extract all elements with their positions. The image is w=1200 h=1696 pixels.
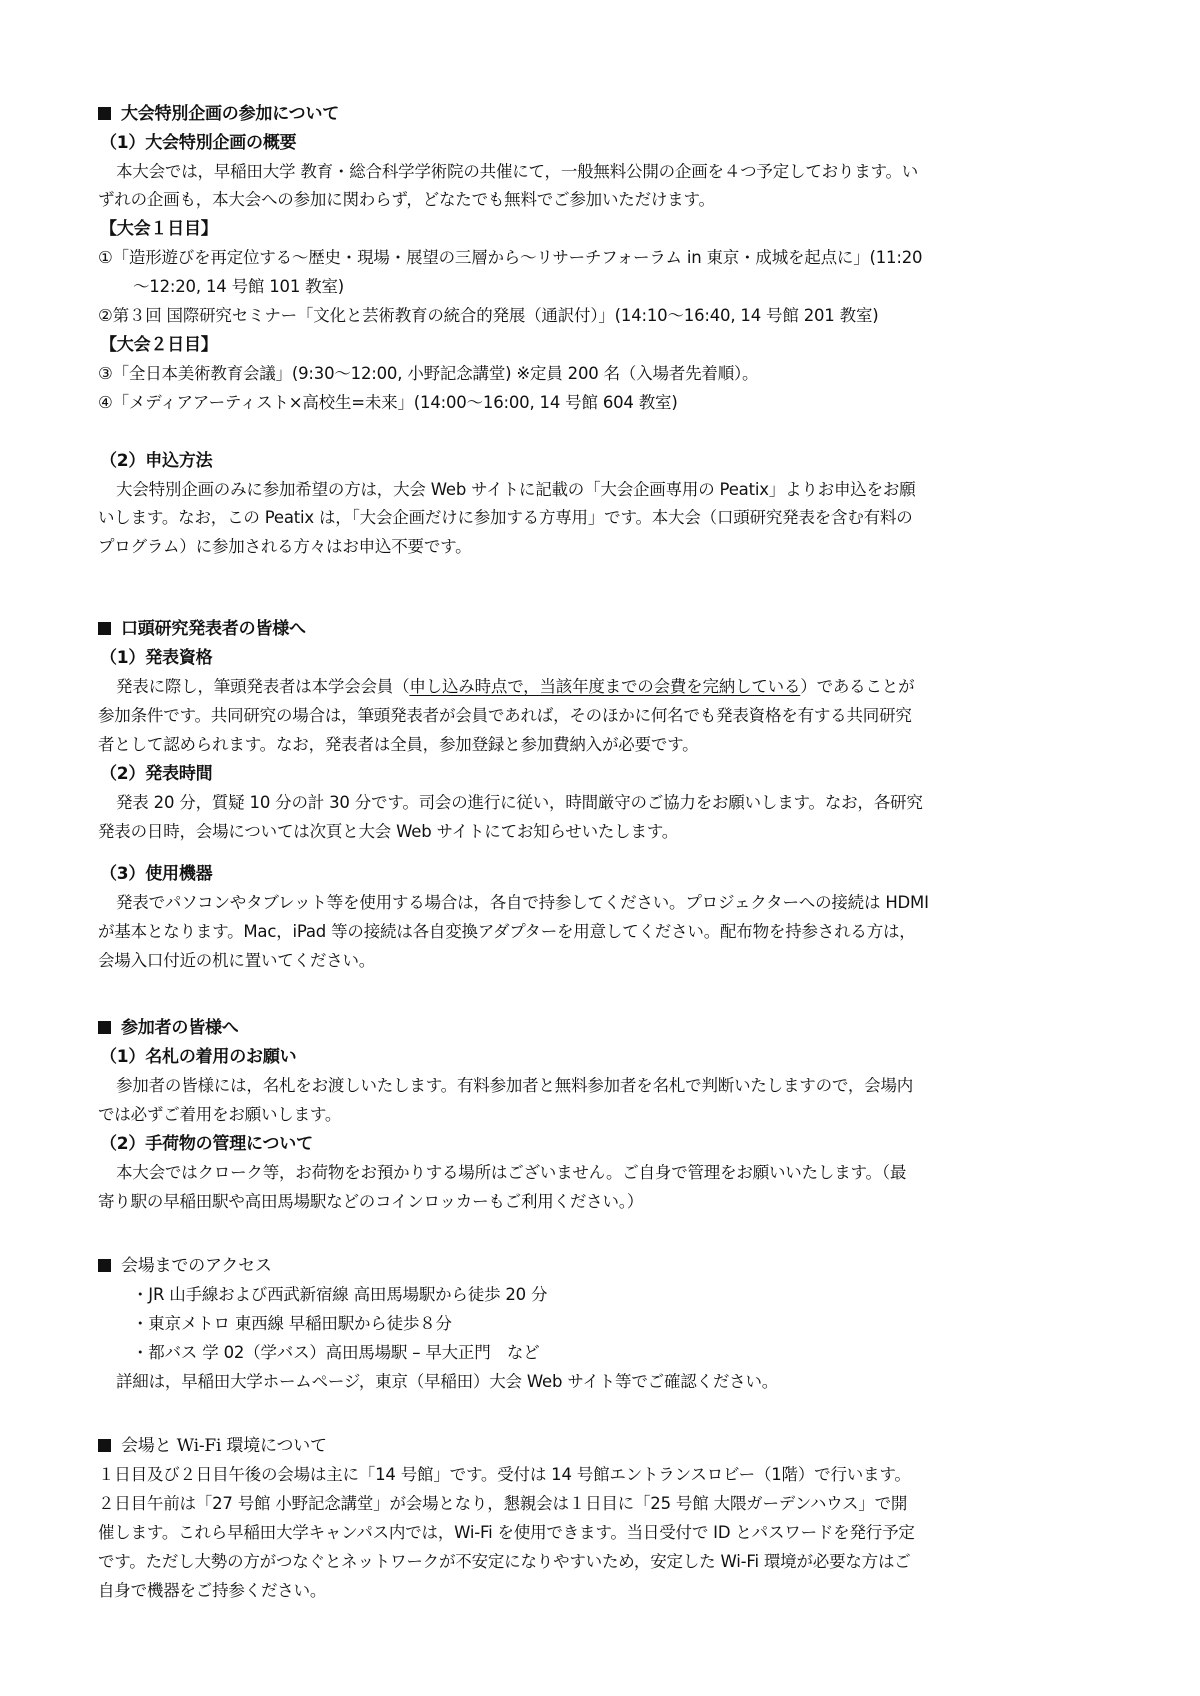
section-heading-access: 会場までのアクセス [98,1254,272,1278]
paragraph-line: 発表に際し，筆頭発表者は本学会会員（申し込み時点で，当該年度までの会費を完納して… [116,675,914,699]
subsection-title: （1）大会特別企画の概要 [100,131,296,155]
subsection-title: （2）申込方法 [100,449,212,473]
event-item: ④「メディアアーティスト×高校生=未来」(14:00～16:00, 14 号館 … [98,391,678,415]
paragraph-line: 本大会では，早稲田大学 教育・総合科学学術院の共催にて，一般無料公開の企画を４つ… [116,160,918,184]
document-page: 大会特別企画の参加について （1）大会特別企画の概要 本大会では，早稲田大学 教… [0,0,1200,1696]
square-bullet-icon [98,1259,111,1272]
square-bullet-icon [98,1021,111,1034]
paragraph-line: が基本となります。Mac，iPad 等の接続は各自変換アダプターを用意してくださ… [98,920,916,944]
event-item: ③「全日本美術教育会議」(9:30～12:00, 小野記念講堂) ※定員 200… [98,362,758,386]
heading-text: 会場と Wi-Fi 環境について [121,1436,327,1456]
text-fragment: 発表に際し，筆頭発表者は本学会会員（ [116,677,409,696]
subsection-title: （2）手荷物の管理について [100,1132,313,1156]
paragraph-line: 発表でパソコンやタブレット等を使用する場合は，各自で持参してください。プロジェク… [116,891,929,915]
event-item: ①「造形遊びを再定位する～歴史・現場・展望の三層から～リサーチフォーラム in … [98,246,922,270]
paragraph-line: 参加条件です。共同研究の場合は，筆頭発表者が会員であれば，そのほかに何名でも発表… [98,704,912,728]
subsection-title: （1）発表資格 [100,646,212,670]
text-fragment: ）であることが [800,677,914,696]
event-item: ②第３回 国際研究セミナー「文化と芸術教育の統合的発展（通訳付）」(14:10～… [98,304,878,328]
day-label: 【大会２日目】 [100,333,218,357]
paragraph-line: 参加者の皆様には，名札をお渡しいたします。有料参加者と無料参加者を名札で判断いた… [116,1074,913,1098]
paragraph-line: 発表 20 分，質疑 10 分の計 30 分です。司会の進行に従い，時間厳守のご… [116,791,923,815]
subsection-title: （1）名札の着用のお願い [100,1045,296,1069]
heading-text: 会場までのアクセス [121,1256,272,1276]
paragraph-line: ずれの企画も，本大会への参加に関わらず，どなたでも無料でご参加いただけます。 [98,188,715,212]
square-bullet-icon [98,107,111,120]
access-item: ・都バス 学 02（学バス）高田馬場駅 – 早大正門 など [132,1341,539,1365]
square-bullet-icon [98,1439,111,1452]
paragraph-line: では必ずご着用をお願いします。 [98,1103,341,1127]
paragraph-line: 大会特別企画のみに参加希望の方は，大会 Web サイトに記載の「大会企画専用の … [116,478,916,502]
section-heading-venue-wifi: 会場と Wi-Fi 環境について [98,1434,327,1458]
section-heading-special-events: 大会特別企画の参加について [98,102,339,126]
paragraph-line: プログラム）に参加される方々はお申込不要です。 [98,535,471,559]
paragraph-line: です。ただし大勢の方がつなぐとネットワークが不安定になりやすいため，安定した W… [98,1550,911,1574]
heading-text: 口頭研究発表者の皆様へ [121,619,306,639]
access-item: ・東京メトロ 東西線 早稲田駅から徒歩８分 [132,1312,452,1336]
paragraph-line: 本大会ではクローク等，お荷物をお預かりする場所はございません。ご自身で管理をお願… [116,1161,906,1185]
heading-text: 参加者の皆様へ [121,1018,239,1038]
access-note: 詳細は，早稲田大学ホームページ，東京（早稲田）大会 Web サイト等でご確認くだ… [116,1370,778,1394]
event-item-cont: ～12:20, 14 号館 101 教室) [133,275,344,299]
paragraph-line: １日目及び２日目午後の会場は主に「14 号館」です。受付は 14 号館エントラン… [98,1463,911,1487]
paragraph-line: 催します。これら早稲田大学キャンパス内では，Wi-Fi を使用できます。当日受付… [98,1521,915,1545]
section-heading-participants: 参加者の皆様へ [98,1016,239,1040]
paragraph-line: ２日目午前は「27 号館 小野記念講堂」が会場となり，懇親会は１日目に「25 号… [98,1492,907,1516]
paragraph-line: 会場入口付近の机に置いてください。 [98,949,375,973]
underlined-text: 申し込み時点で，当該年度までの会費を完納している [409,677,800,696]
paragraph-line: 者として認められます。なお，発表者は全員，参加登録と参加費納入が必要です。 [98,733,698,757]
day-label: 【大会１日目】 [100,217,218,241]
paragraph-line: 自身で機器をご持参ください。 [98,1579,326,1603]
square-bullet-icon [98,622,111,635]
section-heading-presenters: 口頭研究発表者の皆様へ [98,617,306,641]
subsection-title: （2）発表時間 [100,762,212,786]
heading-text: 大会特別企画の参加について [121,104,339,124]
subsection-title: （3）使用機器 [100,862,212,886]
paragraph-line: 発表の日時，会場については次頁と大会 Web サイトにてお知らせいたします。 [98,820,678,844]
access-item: ・JR 山手線および西武新宿線 高田馬場駅から徒歩 20 分 [132,1283,547,1307]
paragraph-line: 寄り駅の早稲田駅や高田馬場駅などのコインロッカーもご利用ください。） [98,1190,643,1214]
paragraph-line: いします。なお，この Peatix は，「大会企画だけに参加する方専用」です。本… [98,506,913,530]
